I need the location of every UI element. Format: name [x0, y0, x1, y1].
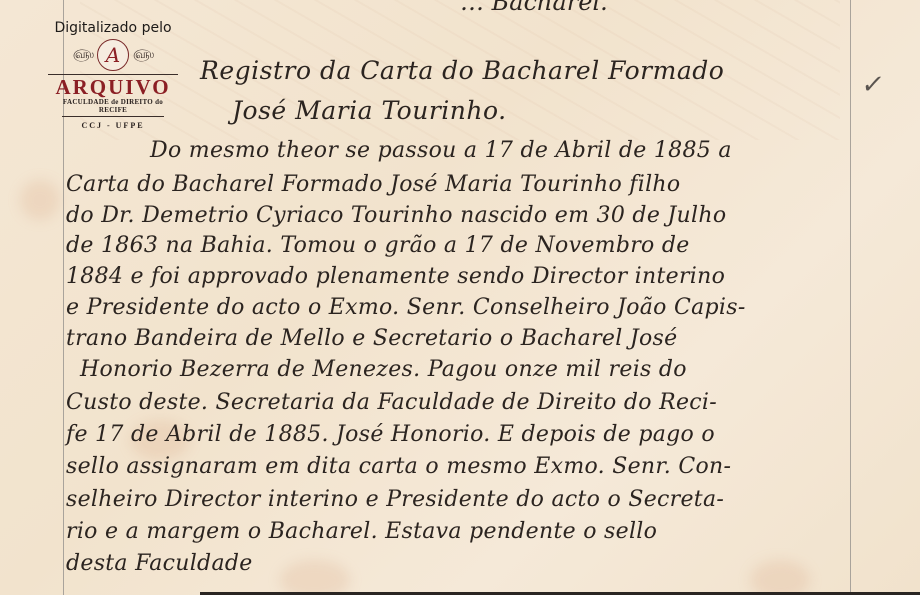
archive-title: ARQUIVO — [48, 76, 178, 98]
document-page: … Bacharel. Digitalizado pelo ௵ A ௵ ARQU… — [0, 0, 920, 595]
text-line: sello assignaram em dita carta o mesmo E… — [66, 454, 731, 479]
text-line: Do mesmo theor se passou a 17 de Abril d… — [150, 138, 732, 163]
text-line: 1884 e foi approvado plenamente sendo Di… — [66, 264, 725, 289]
text-line: Carta do Bacharel Formado José Maria Tou… — [66, 172, 680, 197]
right-margin-rule — [850, 0, 851, 595]
paper-stain — [280, 560, 350, 595]
text-line: do Dr. Demetrio Cyriaco Tourinho nascido… — [66, 203, 726, 228]
text-line: desta Faculdade — [66, 551, 253, 576]
heading-line-2: José Maria Tourinho. — [232, 96, 507, 125]
unit-name: CCJ - UFPE — [48, 121, 178, 130]
heading-line-1: Registro da Carta do Bacharel Formado — [200, 56, 724, 85]
text-line: trano Bandeira de Mello e Secretario o B… — [66, 326, 677, 351]
logo-divider — [62, 116, 164, 117]
archive-emblem: ௵ A ௵ — [48, 38, 178, 72]
text-line: fe 17 de Abril de 1885. José Honorio. E … — [66, 422, 715, 447]
emblem-letter-icon: A — [97, 39, 129, 71]
scroll-ornament-icon: ௵ — [133, 47, 153, 63]
top-fragment-text: … Bacharel. — [460, 0, 608, 16]
text-line: selheiro Director interino e Presidente … — [66, 487, 724, 512]
paper-stain — [750, 560, 810, 595]
paper-stain — [20, 180, 60, 220]
text-line: rio e a margem o Bacharel. Estava penden… — [66, 519, 657, 544]
institution-name: FACULDADE de DIREITO do RECIFE — [48, 98, 178, 114]
checkmark-icon: ✓ — [859, 70, 886, 100]
scroll-ornament-icon: ௵ — [73, 47, 93, 63]
text-line: de 1863 na Bahia. Tomou o grão a 17 de N… — [66, 233, 690, 258]
digitized-by-label: Digitalizado pelo — [48, 20, 178, 36]
text-line: Honorio Bezerra de Menezes. Pagou onze m… — [80, 357, 687, 382]
text-line: Custo deste. Secretaria da Faculdade de … — [66, 390, 717, 415]
archive-watermark: Digitalizado pelo ௵ A ௵ ARQUIVO FACULDAD… — [48, 20, 178, 130]
text-line: e Presidente do acto o Exmo. Senr. Conse… — [66, 295, 746, 320]
